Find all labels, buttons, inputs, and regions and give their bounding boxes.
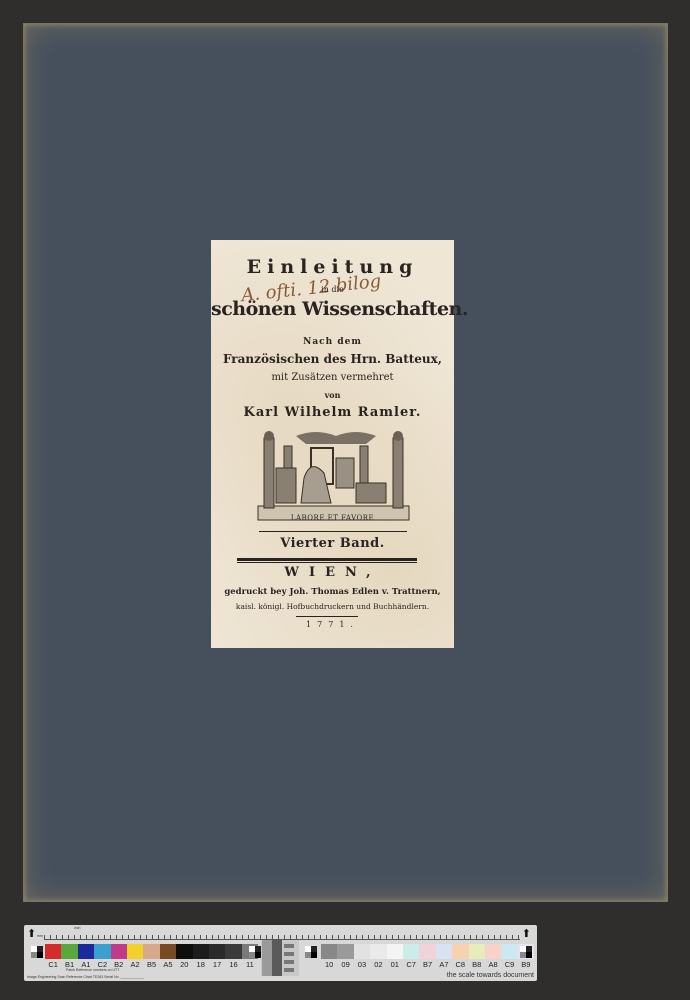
target-footer-left: Image Engineering Scan Reference Chart T… [27, 975, 144, 979]
patch-label: 20 [176, 960, 192, 969]
von-line: von [211, 390, 454, 400]
place-wien: WIEN, [211, 565, 454, 580]
patch-label: 03 [354, 960, 370, 969]
patch-label: B8 [469, 960, 485, 969]
patch-label: 18 [193, 960, 209, 969]
patch-label: C1 [45, 960, 61, 969]
gray-marker-right [520, 946, 532, 958]
arrow-up-icon-right: ⬆ [522, 927, 531, 940]
color-patch-B2 [111, 944, 127, 959]
color-patch-18 [193, 944, 209, 959]
color-patch-20 [176, 944, 192, 959]
patch-label: B7 [419, 960, 435, 969]
color-patch-10 [321, 944, 337, 959]
patch-label: C9 [501, 960, 517, 969]
volume-label: Vierter Band. [211, 536, 454, 551]
patch-label: 10 [321, 960, 337, 969]
source-batteux: Französischen des Hrn. Batteux, [211, 352, 454, 366]
gray-marker-left [31, 946, 43, 958]
patch-label: A2 [127, 960, 143, 969]
additions-line: mit Zusätzen vermehret [211, 372, 454, 383]
color-patches-left [45, 944, 258, 959]
patch-label: 16 [225, 960, 241, 969]
scale-note: the scale towards document [447, 972, 534, 979]
color-patch-C8 [452, 944, 468, 959]
measurement-ruler [44, 931, 520, 940]
ruler-mm-label: mm [37, 934, 43, 938]
title-in-die: in die [211, 285, 454, 294]
color-patch-A1 [78, 944, 94, 959]
title-page: Einleitung A. ofti. 12 bilog in die schö… [211, 240, 454, 648]
color-patch-C1 [45, 944, 61, 959]
gray-marker-mid-left [249, 946, 261, 958]
color-patch-09 [337, 944, 353, 959]
color-patch-B1 [61, 944, 77, 959]
printer-line-2: kaisl. königl. Hofbuchdruckern und Buchh… [211, 602, 454, 611]
patch-labels-right: 1009030201C7B7A7C8B8A8C9B9 [321, 960, 534, 969]
color-patch-C7 [403, 944, 419, 959]
patch-label: C8 [452, 960, 468, 969]
patch-label: A7 [436, 960, 452, 969]
patch-label: 17 [209, 960, 225, 969]
rule-thick [237, 558, 417, 561]
color-patch-B7 [419, 944, 435, 959]
patch-label: 01 [387, 960, 403, 969]
color-patch-03 [354, 944, 370, 959]
patch-label: A5 [160, 960, 176, 969]
patch-label: A8 [485, 960, 501, 969]
nach-dem: Nach dem [211, 337, 454, 347]
publication-year: 1771. [211, 620, 454, 629]
printer-line-1: gedruckt bey Joh. Thomas Edlen v. Trattn… [211, 587, 454, 597]
color-patch-A8 [485, 944, 501, 959]
patch-label: B9 [518, 960, 534, 969]
patch-label: 09 [337, 960, 353, 969]
patch-label: B5 [143, 960, 159, 969]
vignette-engraving [256, 428, 411, 524]
color-patch-A7 [436, 944, 452, 959]
patch-note: Patch Reference numbers on UTT [66, 968, 119, 972]
ruler-inch-label: inch [74, 926, 80, 930]
color-patch-B5 [143, 944, 159, 959]
color-patch-C9 [501, 944, 517, 959]
gray-marker-mid-right [305, 946, 317, 958]
color-patch-16 [225, 944, 241, 959]
color-patch-B8 [469, 944, 485, 959]
rule-thin [237, 562, 417, 563]
gray-step-block [261, 940, 299, 976]
patch-label: C7 [403, 960, 419, 969]
patch-label: 11 [242, 960, 258, 969]
color-reference-target: ⬆ ⬆ inch mm C1B1A1C2B2A2B5A52018171611 1… [24, 925, 537, 981]
author-name: Karl Wilhelm Ramler. [211, 405, 454, 420]
color-patch-A2 [127, 944, 143, 959]
patch-label: 02 [370, 960, 386, 969]
color-patch-A5 [160, 944, 176, 959]
color-patch-17 [209, 944, 225, 959]
arrow-up-icon-left: ⬆ [27, 927, 36, 940]
color-patch-C2 [94, 944, 110, 959]
rule-upper [259, 531, 407, 532]
color-patch-01 [387, 944, 403, 959]
color-patches-right [321, 944, 534, 959]
color-patch-02 [370, 944, 386, 959]
vignette-motto: LABORE ET FAVORE [211, 514, 454, 522]
rule-year [296, 616, 358, 617]
title-schoenen-wissenschaften: schönen Wissenschaften. [211, 298, 454, 320]
